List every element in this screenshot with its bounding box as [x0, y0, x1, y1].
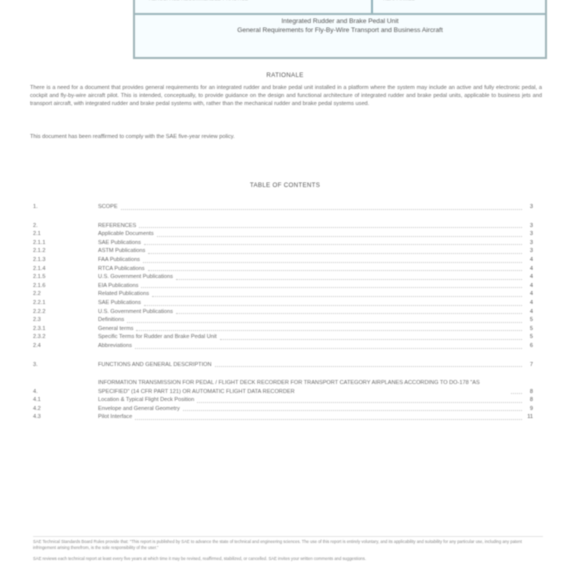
- toc-page-number: 3: [525, 222, 533, 231]
- toc-page-number: 3: [525, 203, 533, 212]
- toc-leader-dots: [121, 208, 522, 210]
- toc-entry[interactable]: 4.1Location & Typical Flight Deck Positi…: [33, 396, 533, 405]
- toc-page-number: 3: [525, 239, 533, 248]
- toc-leader-dots: [141, 286, 522, 288]
- reaffirm-note: This document has been reaffirmed to com…: [30, 133, 542, 141]
- toc-section-number: 4.3: [33, 413, 98, 422]
- rationale-body: There is a need for a document that prov…: [30, 84, 542, 108]
- toc-section-title: REFERENCES: [98, 222, 136, 231]
- toc-entry[interactable]: 2.3.2Specific Terms for Rudder and Brake…: [33, 333, 533, 342]
- toc-section-title: Envelope and General Geometry: [98, 405, 180, 414]
- toc-leader-dots: [148, 269, 522, 271]
- toc-page-number: 5: [525, 325, 533, 334]
- toc-section-number: 2.3.1: [33, 325, 98, 334]
- toc-page-number: 4: [525, 282, 533, 291]
- toc-entry[interactable]: 2.1Applicable Documents3: [33, 230, 533, 239]
- header-top-row: AEROSPACE RECOMMENDED PRACTICE REAFFIRME…: [135, 0, 545, 15]
- toc-page-number: 5: [525, 316, 533, 325]
- toc-section-title: Pilot Interface: [98, 413, 132, 422]
- toc-section-number: 1.: [33, 203, 98, 212]
- document-page: AEROSPACE RECOMMENDED PRACTICE REAFFIRME…: [0, 0, 570, 570]
- toc-leader-dots: [220, 338, 522, 340]
- toc-entry[interactable]: 4.INFORMATION TRANSMISSION FOR PEDAL / F…: [33, 379, 533, 396]
- toc-section-title: Applicable Documents: [98, 230, 154, 239]
- toc-entry[interactable]: 2.2.1SAE Publications4: [33, 299, 533, 308]
- document-status-label: REAFFIRMED: [375, 0, 545, 13]
- toc-leader-dots: [144, 243, 522, 245]
- toc-section-number: 2.1.2: [33, 247, 98, 256]
- toc-section-number: 2.3: [33, 316, 98, 325]
- toc-entry[interactable]: 4.2Envelope and General Geometry9: [33, 405, 533, 414]
- toc-section-title: U.S. Government Publications: [98, 273, 173, 282]
- toc-section-number: 2.3.2: [33, 333, 98, 342]
- toc-entry[interactable]: 2.3.1General terms5: [33, 325, 533, 334]
- toc-page-number: 4: [525, 290, 533, 299]
- toc-entry[interactable]: 2.2.2U.S. Government Publications4: [33, 308, 533, 317]
- toc-page-number: 5: [525, 333, 533, 342]
- toc-page-number: 11: [525, 413, 533, 422]
- toc-leader-dots: [139, 226, 522, 228]
- toc-entry[interactable]: 3.FUNCTIONS AND GENERAL DESCRIPTION7: [33, 361, 533, 370]
- toc-section-title: Related Publications: [98, 290, 149, 299]
- toc-leader-dots: [183, 409, 522, 411]
- toc-leader-dots: [157, 235, 522, 237]
- toc-leader-dots: [143, 261, 522, 263]
- toc-leader-dots: [135, 418, 522, 420]
- toc-entry[interactable]: 2.1.2ASTM Publications3: [33, 247, 533, 256]
- toc-page-number: 4: [525, 256, 533, 265]
- toc-section-title: FAA Publications: [98, 256, 140, 265]
- table-of-contents: 1.SCOPE32.REFERENCES32.1Applicable Docum…: [33, 203, 533, 422]
- toc-entry[interactable]: 2.4Abbreviations6: [33, 342, 533, 351]
- footer-disclaimer: SAE Technical Standards Board Rules prov…: [33, 539, 543, 550]
- toc-section-number: 4.: [33, 388, 98, 397]
- toc-leader-dots: [136, 329, 522, 331]
- toc-section-number: 2.2.1: [33, 299, 98, 308]
- toc-leader-dots: [148, 252, 522, 254]
- toc-section-title: Definitions: [98, 316, 124, 325]
- document-header-box: AEROSPACE RECOMMENDED PRACTICE REAFFIRME…: [133, 0, 547, 59]
- toc-leader-dots: [127, 321, 522, 323]
- toc-page-number: 3: [525, 247, 533, 256]
- title-line-1: Integrated Rudder and Brake Pedal Unit: [135, 17, 545, 26]
- toc-section-title: U.S. Government Publications: [98, 308, 173, 317]
- toc-leader-dots: [197, 401, 522, 403]
- toc-heading: TABLE OF CONTENTS: [0, 182, 570, 189]
- footer-divider: [33, 536, 543, 537]
- toc-section-number: 2.2: [33, 290, 98, 299]
- toc-section-number: 2.2.2: [33, 308, 98, 317]
- rationale-heading: RATIONALE: [0, 72, 570, 79]
- toc-page-number: 8: [525, 388, 533, 397]
- toc-section-number: 4.2: [33, 405, 98, 414]
- toc-section-number: 4.1: [33, 396, 98, 405]
- toc-leader-dots: [135, 347, 522, 349]
- toc-section-title: SAE Publications: [98, 239, 141, 248]
- toc-section-number: 2.1.5: [33, 273, 98, 282]
- toc-entry[interactable]: 2.1.5U.S. Government Publications4: [33, 273, 533, 282]
- toc-entry[interactable]: 2.1.1SAE Publications3: [33, 239, 533, 248]
- toc-section-title: RTCA Publications: [98, 265, 145, 274]
- toc-leader-dots: [144, 304, 522, 306]
- toc-section-number: 2.4: [33, 342, 98, 351]
- toc-section-title: General terms: [98, 325, 133, 334]
- toc-entry[interactable]: 1.SCOPE3: [33, 203, 533, 212]
- toc-entry[interactable]: 4.3Pilot Interface11: [33, 413, 533, 422]
- toc-section-title: ASTM Publications: [98, 247, 145, 256]
- toc-section-number: 2.1.4: [33, 265, 98, 274]
- toc-entry[interactable]: 2.2Related Publications4: [33, 290, 533, 299]
- toc-leader-dots: [152, 295, 522, 297]
- document-title: Integrated Rudder and Brake Pedal Unit G…: [135, 17, 545, 35]
- toc-section-title: SCOPE: [98, 203, 118, 212]
- toc-section-number: 2.1.1: [33, 239, 98, 248]
- footer-review-note: SAE reviews each technical report at lea…: [33, 556, 543, 562]
- toc-leader-dots: [176, 278, 522, 280]
- toc-page-number: 8: [525, 396, 533, 405]
- toc-section-number: 2.1.6: [33, 282, 98, 291]
- toc-page-number: 4: [525, 273, 533, 282]
- toc-section-title: INFORMATION TRANSMISSION FOR PEDAL / FLI…: [98, 379, 508, 396]
- toc-entry[interactable]: 2.1.6EIA Publications4: [33, 282, 533, 291]
- toc-entry[interactable]: 2.3Definitions5: [33, 316, 533, 325]
- toc-section-title: EIA Publications: [98, 282, 138, 291]
- toc-leader-dots: [511, 392, 522, 394]
- toc-entry[interactable]: 2.1.3FAA Publications4: [33, 256, 533, 265]
- toc-page-number: 4: [525, 308, 533, 317]
- document-type-label: AEROSPACE RECOMMENDED PRACTICE: [135, 0, 373, 13]
- toc-leader-dots: [176, 312, 522, 314]
- toc-section-number: 2.1: [33, 230, 98, 239]
- toc-section-title: FUNCTIONS AND GENERAL DESCRIPTION: [98, 361, 212, 370]
- toc-page-number: 4: [525, 299, 533, 308]
- toc-leader-dots: [215, 365, 522, 367]
- toc-page-number: 6: [525, 342, 533, 351]
- toc-page-number: 3: [525, 230, 533, 239]
- toc-section-title: Location & Typical Flight Deck Position: [98, 396, 194, 405]
- toc-section-title: Abbreviations: [98, 342, 132, 351]
- title-line-2: General Requirements for Fly-By-Wire Tra…: [135, 26, 545, 35]
- toc-page-number: 4: [525, 265, 533, 274]
- toc-section-number: 3.: [33, 361, 98, 370]
- toc-section-title: SAE Publications: [98, 299, 141, 308]
- toc-section-number: 2.: [33, 222, 98, 231]
- toc-page-number: 7: [525, 361, 533, 370]
- toc-entry[interactable]: 2.REFERENCES3: [33, 222, 533, 231]
- toc-page-number: 9: [525, 405, 533, 414]
- toc-entry[interactable]: 2.1.4RTCA Publications4: [33, 265, 533, 274]
- toc-section-title: Specific Terms for Rudder and Brake Peda…: [98, 333, 217, 342]
- toc-section-number: 2.1.3: [33, 256, 98, 265]
